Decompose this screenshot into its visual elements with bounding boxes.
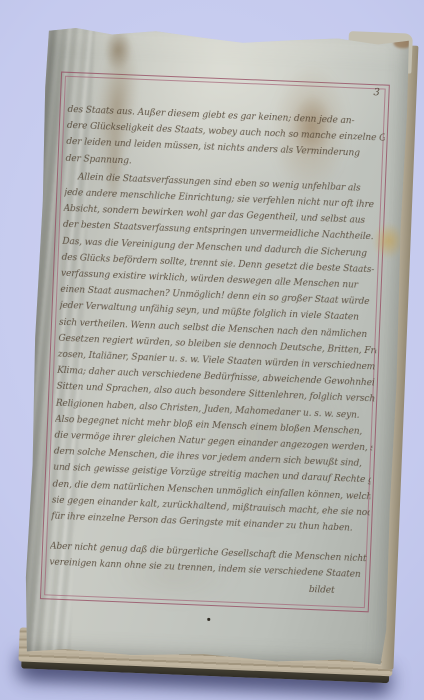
page-number: 3: [373, 87, 380, 98]
handwriting-paragraph: Aber nicht genug daß die bürgerliche Ges…: [48, 539, 368, 600]
handwriting-paragraph: des Staats aus. Außer diesem giebt es ga…: [65, 102, 385, 180]
manuscript-page: 3 des Staats aus. Außer diesem giebt es …: [22, 25, 411, 667]
handwriting-block: des Staats aus. Außer diesem giebt es ga…: [48, 102, 385, 602]
manuscript-booklet: 3 des Staats aus. Außer diesem giebt es …: [13, 21, 419, 684]
photo-background: 3 des Staats aus. Außer diesem giebt es …: [0, 0, 424, 700]
paper-speck: [207, 618, 210, 621]
handwriting-paragraph: Allein die Staatsverfassungen sind eben …: [51, 169, 383, 538]
